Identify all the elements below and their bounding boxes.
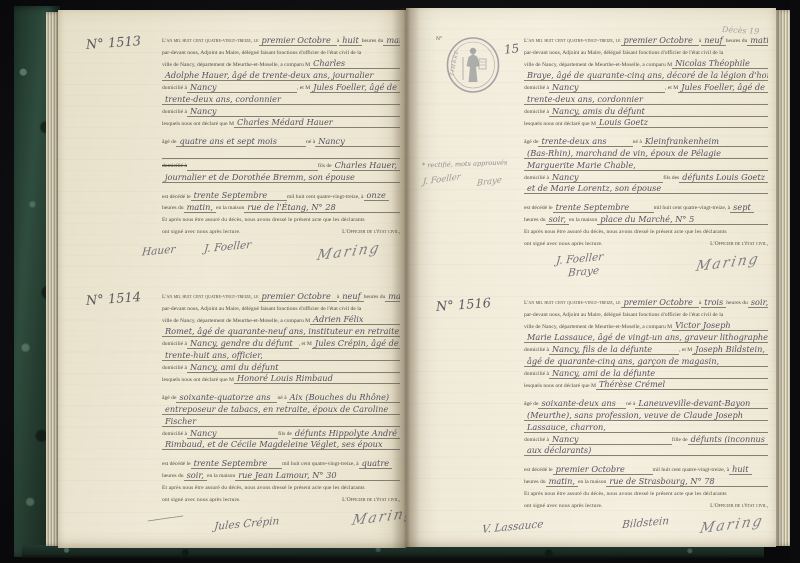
record-line: lesquels nous ont déclaré que MCharles M… [162, 117, 400, 129]
record-line: trente-huit ans, officier, [162, 349, 400, 361]
handwritten-text: Louis Goetz [596, 118, 651, 128]
printed-text: lesquels nous ont déclaré que M [524, 383, 596, 391]
signature: Braye [568, 264, 600, 279]
record-line: ville de Nancy, département de Meurthe-e… [524, 320, 768, 332]
printed-text: lesquels nous ont déclaré que M [162, 121, 234, 129]
record-line: Marie Lassauce, âgé de vingt-un ans, gra… [524, 331, 768, 343]
record-number: N°TIMBRE15 [436, 36, 519, 94]
record-line: heures dumatin,en la maisonrue de Strasb… [524, 475, 768, 487]
blank-rule [594, 454, 768, 456]
record-line: ont signé avec nous après lecture.L'Offi… [524, 499, 768, 511]
printed-text: âgé de [162, 139, 176, 147]
printed-text: heures du [362, 38, 384, 46]
handwritten-text: soixante-quatorze ans [176, 393, 273, 403]
handwritten-text: Laneuveville-devant-Bayon [635, 399, 753, 409]
printed-text: , et M [679, 347, 692, 355]
blank-rule [392, 401, 400, 403]
record-line: ont signé avec nous après lecture.L'Offi… [162, 225, 400, 237]
handwritten-text: matin, [383, 36, 400, 46]
handwritten-text: Marie Lassauce, âgé de vingt-un ans, gra… [524, 333, 768, 343]
svg-text:TIMBRE: TIMBRE [449, 50, 460, 77]
blank-rule [282, 371, 400, 373]
blank-rule [646, 103, 768, 105]
record-line: Romet, âgé de quarante-neuf ans, institu… [162, 325, 400, 337]
printed-text: domicilié à [524, 347, 549, 355]
blank-rule [220, 437, 279, 439]
record-line: L'an mil huit cent quatre-vingt-treize, … [524, 296, 768, 308]
handwritten-text: premier Octobre [553, 465, 628, 475]
record-line: âgé de quarante-cinq ans, garçon de maga… [524, 355, 768, 367]
printed-text: ville de Nancy, département de Meurthe-e… [162, 318, 310, 326]
handwritten-text: défunts Louis Goetz [679, 173, 768, 183]
blank-rule [348, 67, 400, 69]
record-line: lesquels nous ont déclaré que MHonoré Lo… [162, 373, 400, 385]
blank-rule [582, 443, 672, 445]
handwritten-text: trois [701, 298, 726, 308]
record-number: N° 1513 [86, 34, 142, 53]
record-line: ville de Nancy, département de Meurthe-e… [162, 314, 400, 326]
handwritten-text: premier Octobre [259, 36, 334, 46]
record-line: par-devant nous, Adjoint au Maire, délég… [162, 46, 400, 58]
printed-text: L'an mil huit cent quatre-vingt-treize, … [162, 294, 259, 302]
revenue-stamp-icon: TIMBRE [446, 36, 500, 94]
record-line: Adolphe Hauer, âgé de trente-deux ans, j… [162, 69, 400, 81]
record-line: Et après nous être assuré du décès, nous… [162, 481, 400, 493]
official-signature: Maring [699, 512, 766, 536]
handwritten-text: soir, [546, 215, 569, 225]
handwritten-text: Jules Foeller, âgé de [678, 83, 768, 93]
printed-text: âgé de [524, 401, 538, 409]
blank-rule [340, 479, 400, 481]
printed-text: mil huit cent quatre-vingt-treize, à [287, 194, 364, 202]
printed-text: , et M [665, 85, 678, 93]
record-line [524, 456, 768, 463]
record-line [524, 390, 768, 397]
printed-text: L'Officier de l'état civil, [342, 497, 400, 505]
blank-rule [270, 199, 287, 201]
record-line: entreposeur de tabacs, en retraite, épou… [162, 403, 400, 415]
handwritten-text: trente-deux ans, cordonnier [524, 95, 646, 105]
printed-text: ville de Nancy, département de Meurthe-e… [524, 62, 672, 70]
printed-text: heures du [524, 479, 546, 487]
record-line: Fischer [162, 415, 400, 427]
record-line: domicilié àNancy, gendre du défunt, et M… [162, 337, 400, 349]
record-line: trente-deux ans, cordonnier [524, 93, 768, 105]
record-line [162, 183, 400, 190]
handwritten-text: matin, [184, 203, 216, 213]
signature: V. Lassauce [482, 518, 544, 536]
handwritten-text: premier Octobre [259, 292, 334, 302]
blank-rule [655, 353, 679, 355]
handwritten-text: Thérèse Crémel [596, 380, 668, 390]
blank-rule [734, 329, 768, 331]
handwritten-text: Nancy, ami de la défunte [549, 369, 658, 379]
signatures-row: HauerJ. FoellerMaring [70, 239, 400, 269]
record-line: ville de Nancy, département de Meurthe-e… [524, 58, 768, 70]
record-line: trente-deux ans, cordonnier [162, 93, 400, 105]
handwritten-text: Adolphe Hauer, âgé de trente-deux ans, j… [162, 71, 376, 81]
record-line: domicilié àNancyfille dedéfunts (inconnu… [524, 433, 768, 445]
spacer [241, 236, 343, 237]
printed-text: heures du [162, 205, 184, 213]
printed-text: domicilié à [162, 109, 187, 117]
record-line: ville de Nancy, département de Meurthe-e… [162, 58, 400, 70]
record-line: domicilié àNancy, et MJules Foeller, âgé… [524, 81, 768, 93]
handwritten-text: onze [364, 191, 389, 201]
blank-rule [619, 407, 626, 409]
printed-text: domicilié à [162, 365, 187, 373]
record-line [524, 194, 768, 201]
printed-text: ont signé avec nous après lecture. [524, 241, 603, 249]
signatures-row: ———Jules CrépinMaring [70, 507, 400, 537]
printed-text: en la maison [216, 205, 244, 213]
signatures-row: J. FoellerBrayeMaring [420, 251, 768, 281]
blank-rule [386, 448, 400, 450]
record-line: Rimbaud, et de Cécile Magdeleine Véglet,… [162, 439, 400, 451]
official-signature: Maring [316, 240, 383, 264]
handwritten-text: (Bas-Rhin), marchand de vin, époux de Pé… [524, 149, 724, 159]
signatures-row: V. LassauceBildsteinMaring [420, 513, 768, 543]
handwritten-text: sept [730, 203, 754, 213]
signature: Jules Crépin [214, 515, 280, 533]
margin-signature: J. Foeller [422, 172, 461, 188]
printed-text: L'an mil huit cent quatre-vingt-treize, … [162, 38, 259, 46]
handwritten-text: Nancy [187, 107, 220, 117]
record-line: lesquels nous ont déclaré que MLouis Goe… [524, 117, 768, 129]
printed-text: ont signé avec nous après lecture. [524, 503, 603, 511]
handwritten-text: Nancy, ami du défunt [187, 363, 282, 373]
printed-text: né à [277, 395, 286, 403]
blank-rule [632, 211, 653, 213]
blank-rule [651, 126, 768, 128]
printed-text: fille de [672, 437, 688, 445]
civil-register-scan: N° 1513L'an mil huit cent quatre-vingt-t… [0, 0, 800, 563]
blank-rule [628, 473, 653, 475]
printed-text: L'an mil huit cent quatre-vingt-treize, … [524, 38, 621, 46]
printed-text: né à [626, 401, 635, 409]
record-line: Et après nous être assuré du décès, nous… [524, 225, 768, 237]
handwritten-text: défunts (inconnus [688, 435, 768, 445]
printed-text: Et après nous être assuré du décès, nous… [162, 485, 365, 493]
handwritten-text: Nancy [549, 83, 582, 93]
record-line: âgé desoixante-deux ansné àLaneuveville-… [524, 397, 768, 409]
handwritten-text: Aix (Bouches du Rhône) [287, 393, 392, 403]
record-line: heures dumatin,en la maisonrue de l'Étan… [162, 201, 400, 213]
margin-signature: Braye [476, 175, 502, 189]
record-line: (Meurthe), sans profession, veuve de Cla… [524, 409, 768, 421]
blank-rule [162, 157, 400, 159]
blank-rule [284, 103, 400, 105]
handwritten-text: Marguerite Marie Chable, [524, 161, 639, 171]
signature: ——— [146, 508, 184, 528]
printed-text: âgé de [162, 395, 176, 403]
blank-rule [366, 323, 400, 325]
record-line: et de Marie Lorentz, son épouse [524, 183, 768, 195]
spacer [603, 248, 711, 249]
printed-text: lesquels nous ont déclaré que M [162, 377, 234, 385]
printed-text: heures du [524, 217, 546, 225]
record-line: âgé dequatre ans et sept moisné àNancy [162, 135, 400, 147]
blank-rule [746, 419, 768, 421]
printed-text: domicilié à [524, 437, 549, 445]
printed-text: ville de Nancy, département de Meurthe-e… [162, 62, 310, 70]
record-line: par-devant nous, Adjoint au Maire, délég… [162, 302, 400, 314]
handwritten-text: neuf [701, 36, 725, 46]
blank-rule [610, 145, 633, 147]
handwritten-text: Romet, âgé de quarante-neuf ans, institu… [162, 327, 400, 337]
record-line: domicilié àNancy, amis du défunt [524, 105, 768, 117]
record-line: par-devant nous, Adjoint au Maire, délég… [524, 46, 768, 58]
blank-rule [722, 145, 768, 147]
blank-rule [724, 157, 768, 159]
handwritten-text: trente-huit ans, officier, [162, 351, 266, 361]
record-line: aux déclarants) [524, 445, 768, 457]
book-cover-right [790, 0, 800, 563]
record-line: domicilié àNancy, et MJules Foeller, âgé… [162, 81, 400, 93]
printed-text: par-devant nous, Adjoint au Maire, délég… [524, 312, 723, 320]
record-line: lesquels nous ont déclaré que MThérèse C… [524, 379, 768, 391]
handwritten-text: soir, [184, 471, 207, 481]
handwritten-text: soixante-deux ans [538, 399, 618, 409]
record-body: L'an mil huit cent quatre-vingt-treize, … [524, 296, 768, 511]
spacer [603, 510, 711, 511]
record-line: domicilié àNancy, fils de la défunte, et… [524, 343, 768, 355]
handwritten-text: trente Septembre [553, 203, 633, 213]
printed-text: L'Officier de l'état civil, [342, 229, 400, 237]
record-line: ont signé avec nous après lecture.L'Offi… [162, 493, 400, 505]
record-line: heures dusoir,en la maisonplace du March… [524, 213, 768, 225]
death-record: N° 1516L'an mil huit cent quatre-vingt-t… [420, 296, 768, 543]
handwritten-text: âgé de quarante-cinq ans, garçon de maga… [524, 357, 722, 367]
printed-text: âgé de [524, 139, 538, 147]
margin-note: * rectifié, mots approuvésJ. FoellerBray… [422, 159, 507, 170]
printed-text: heures du [726, 300, 748, 308]
blank-rule [582, 181, 664, 183]
printed-text: ville de Nancy, département de Meurthe-e… [524, 324, 672, 332]
blank-rule [187, 169, 318, 171]
spacer [241, 504, 343, 505]
printed-text: fils des [663, 175, 679, 183]
blank-rule [582, 91, 665, 93]
blank-rule [648, 115, 768, 117]
printed-text: L'Officier de l'état civil, [710, 503, 768, 511]
printed-text: domicilié à [162, 431, 187, 439]
handwritten-text: Rimbaud, et de Cécile Magdeleine Véglet,… [162, 440, 386, 450]
record-line: Braye, âgé de quarante-cinq ans, décoré … [524, 69, 768, 81]
printed-text: est décédé le [162, 194, 191, 202]
record-line: domicilié àNancy, ami de la défunte [524, 367, 768, 379]
printed-text: en la maison [578, 479, 606, 487]
death-record: N° 1513L'an mil huit cent quatre-vingt-t… [70, 34, 400, 269]
handwritten-text: Kleinfrankenheim [642, 137, 722, 147]
record-line: est décédé letrente Septembremil huit ce… [524, 201, 768, 213]
record-line: L'an mil huit cent quatre-vingt-treize, … [162, 34, 400, 46]
record-line: domicilié àNancyfils desdéfunts Louis Go… [524, 171, 768, 183]
blank-rule [220, 91, 297, 93]
record-body: L'an mil huit cent quatre-vingt-treize, … [524, 34, 768, 249]
printed-text: , et M [297, 85, 310, 93]
handwritten-text: Nicolas Théophile [672, 59, 753, 69]
printed-text: né à [306, 139, 315, 147]
handwritten-text: Charles Hauer, [332, 161, 400, 171]
printed-text: domicilié à [524, 175, 549, 183]
record-number: N° 1514 [86, 290, 142, 309]
handwritten-text: matin, [747, 36, 768, 46]
printed-text: ont signé avec nous après lecture. [162, 229, 241, 237]
handwritten-text: trente-deux ans, cordonnier [162, 95, 284, 105]
blank-rule [753, 67, 768, 69]
handwritten-text: place du Marché, N° 5 [597, 215, 697, 225]
printed-text: fils de [278, 431, 292, 439]
handwritten-text: Nancy, gendre du défunt [187, 339, 296, 349]
printed-text: heures du [162, 473, 184, 481]
blank-rule [358, 181, 400, 183]
record-body: L'an mil huit cent quatre-vingt-treize, … [162, 290, 400, 505]
official-signature: Maring [695, 250, 762, 274]
blank-rule [348, 145, 400, 147]
blank-rule [668, 388, 768, 390]
blank-rule [266, 359, 400, 361]
handwritten-text: rue de l'Étang, N° 28 [244, 203, 338, 213]
printed-text: L'Officier de l'état civil, [710, 241, 768, 249]
handwritten-text: huit [729, 465, 751, 475]
printed-text: Et après nous être assuré du décès, nous… [524, 229, 727, 237]
handwritten-text: rue de Strasbourg, N° 78 [606, 477, 717, 487]
record-line: Et après nous être assuré du décès, nous… [524, 487, 768, 499]
handwritten-text: et de Marie Lorentz, son épouse [524, 184, 664, 194]
blank-rule [753, 407, 768, 409]
handwritten-text: quatre ans et sept mois [176, 137, 279, 147]
printed-text: en la maison [569, 217, 597, 225]
handwritten-text: Lassauce, charron, [524, 423, 609, 433]
handwritten-text: trente Septembre [191, 191, 271, 201]
blank-rule [270, 467, 282, 469]
printed-text: mil huit cent quatre-vingt-treize, à [282, 461, 359, 469]
blank-rule [722, 365, 768, 367]
printed-text: mil huit cent quatre-vingt-treize, à [653, 467, 730, 475]
handwritten-text: rue Jean Lamour, N° 30 [235, 471, 339, 481]
official-signature: Maring [351, 504, 406, 528]
record-line: domicilié àNancyfils dedéfunts Hippolyte… [162, 427, 400, 439]
blank-rule [376, 79, 400, 81]
blank-rule [658, 377, 768, 379]
record-line: journalier et de Dorothée Bremm, son épo… [162, 171, 400, 183]
blank-rule [280, 145, 306, 147]
handwritten-text: journalier et de Dorothée Bremm, son épo… [162, 173, 358, 183]
handwritten-text: Nancy [187, 83, 220, 93]
handwritten-text: Adrien Félix [310, 315, 366, 325]
blank-rule [199, 425, 400, 427]
printed-text: Et après nous être assuré du décès, nous… [162, 217, 365, 225]
printed-text: mil huit cent quatre-vingt-treize, à [654, 205, 731, 213]
printed-text: en la maison [207, 473, 235, 481]
blank-rule [339, 211, 400, 213]
handwritten-text: Nancy [187, 429, 220, 439]
record-line [162, 384, 400, 391]
handwritten-text: Fischer [162, 417, 199, 427]
record-number: N° 1516 [436, 296, 492, 315]
death-record: N° 1514L'an mil huit cent quatre-vingt-t… [70, 290, 400, 537]
handwritten-text: Charles [310, 59, 348, 69]
blank-rule [220, 115, 400, 117]
printed-text: heures du [726, 38, 748, 46]
record-line [162, 128, 400, 135]
handwritten-text: défunts Hippolyte André [292, 429, 400, 439]
printed-text: est décédé le [524, 205, 553, 213]
printed-text: par-devant nous, Adjoint au Maire, délég… [162, 306, 361, 314]
record-line: par-devant nous, Adjoint au Maire, délég… [524, 308, 768, 320]
handwritten-text: Jules Crépin, âgé de [312, 339, 400, 349]
handwritten-text: Nancy, fils de la défunte [549, 345, 655, 355]
printed-text: né à [633, 139, 642, 147]
printed-text: par-devant nous, Adjoint au Maire, délég… [524, 50, 723, 58]
record-line: âgé detrente-deux ansné àKleinfrankenhei… [524, 135, 768, 147]
handwritten-text: soir, [748, 298, 768, 308]
handwritten-text: Victor Joseph [672, 321, 733, 331]
page-stack-right [776, 10, 791, 546]
handwritten-text: neuf [339, 292, 363, 302]
signature: Hauer [142, 243, 176, 258]
handwritten-text: Joseph Bildstein, [692, 345, 768, 355]
handwritten-text: Braye, âgé de quarante-cinq ans, décoré … [524, 71, 768, 81]
printed-text: par-devant nous, Adjoint au Maire, délég… [162, 50, 361, 58]
handwritten-text: entreposeur de tabacs, en retraite, épou… [162, 405, 391, 415]
printed-text: heures du [364, 294, 386, 302]
blank-rule [639, 169, 768, 171]
printed-text: domicilié à [162, 85, 187, 93]
blank-rule [336, 382, 400, 384]
blank-rule [697, 223, 768, 225]
record-line: Et après nous être assuré du décès, nous… [162, 213, 400, 225]
handwritten-text: Jules Foeller, âgé de [310, 83, 400, 93]
record-line: est décédé letrente Septembremil huit ce… [162, 190, 400, 202]
printed-text: lesquels nous ont déclaré que M [524, 121, 596, 129]
record-line: Marguerite Marie Chable, [524, 159, 768, 171]
record-line: domicilié àNancy, ami du défunt [162, 361, 400, 373]
record-line: ont signé avec nous après lecture.L'Offi… [524, 237, 768, 249]
handwritten-text: Nancy, amis du défunt [549, 107, 648, 117]
handwritten-text: huit [339, 36, 361, 46]
printed-text: Et après nous être assuré du décès, nous… [524, 491, 727, 499]
blank-rule [718, 485, 768, 487]
blank-rule [336, 126, 400, 128]
handwritten-text: trente Septembre [191, 459, 271, 469]
blank-rule [391, 413, 400, 415]
printed-text: domicilié à [524, 85, 549, 93]
handwritten-text: Charles Médard Hauer [234, 118, 336, 128]
record-line: Lassauce, charron, [524, 421, 768, 433]
death-record: N°TIMBRE15L'an mil huit cent quatre-ving… [420, 34, 768, 281]
printed-text: domicilié à [162, 163, 187, 171]
handwritten-text: trente-deux ans [538, 137, 609, 147]
record-line [524, 128, 768, 135]
handwritten-text: premier Octobre [621, 298, 696, 308]
handwritten-text: Nancy [315, 137, 348, 147]
signature: J. Foeller [204, 239, 252, 255]
record-line: (Bas-Rhin), marchand de vin, époux de Pé… [524, 147, 768, 159]
right-page: Décès 19 N°TIMBRE15L'an mil huit cent qu… [406, 8, 776, 547]
signature: Bildstein [622, 514, 670, 530]
handwritten-text: Nancy [549, 173, 582, 183]
handwritten-text: premier Octobre [621, 36, 696, 46]
record-line: domicilié àfils deCharles Hauer, [162, 159, 400, 171]
handwritten-text: matin, [385, 292, 400, 302]
record-line: âgé desoixante-quatorze ansné àAix (Bouc… [162, 391, 400, 403]
handwritten-text: Nancy [549, 435, 582, 445]
printed-text: domicilié à [162, 341, 187, 349]
printed-text: est décédé le [162, 461, 191, 469]
printed-text: domicilié à [524, 371, 549, 379]
